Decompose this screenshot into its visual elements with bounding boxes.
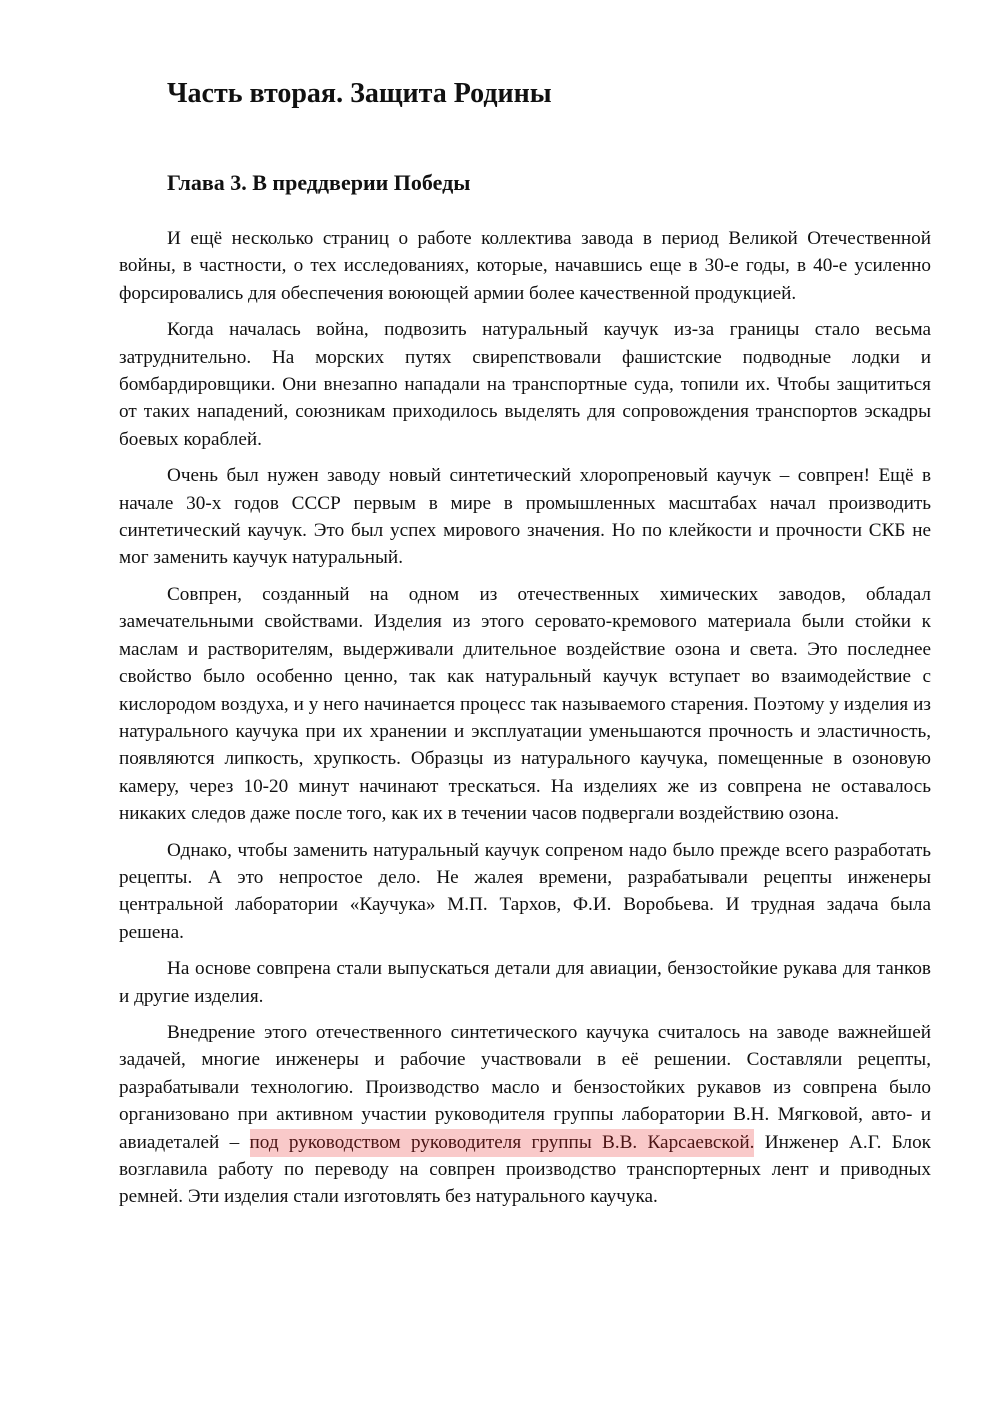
paragraph: И ещё несколько страниц о работе коллект… [119, 225, 931, 307]
document-body: И ещё несколько страниц о работе коллект… [119, 225, 931, 1211]
paragraph: Совпрен, созданный на одном из отечестве… [119, 581, 931, 828]
paragraph: Когда началась война, подвозить натураль… [119, 316, 931, 453]
paragraph: Однако, чтобы заменить натуральный каучу… [119, 837, 931, 947]
document-page: Часть вторая. Защита Родины Глава 3. В п… [119, 76, 931, 1220]
paragraph: На основе совпрена стали выпускаться дет… [119, 955, 931, 1010]
chapter-title: Глава 3. В преддверии Победы [167, 168, 931, 198]
paragraph: Очень был нужен заводу новый синтетическ… [119, 462, 931, 572]
part-title: Часть вторая. Защита Родины [167, 76, 931, 112]
paragraph-with-highlight: Внедрение этого отечественного синтетиче… [119, 1019, 931, 1211]
highlighted-text[interactable]: под руководством руководителя группы В.В… [250, 1129, 755, 1157]
